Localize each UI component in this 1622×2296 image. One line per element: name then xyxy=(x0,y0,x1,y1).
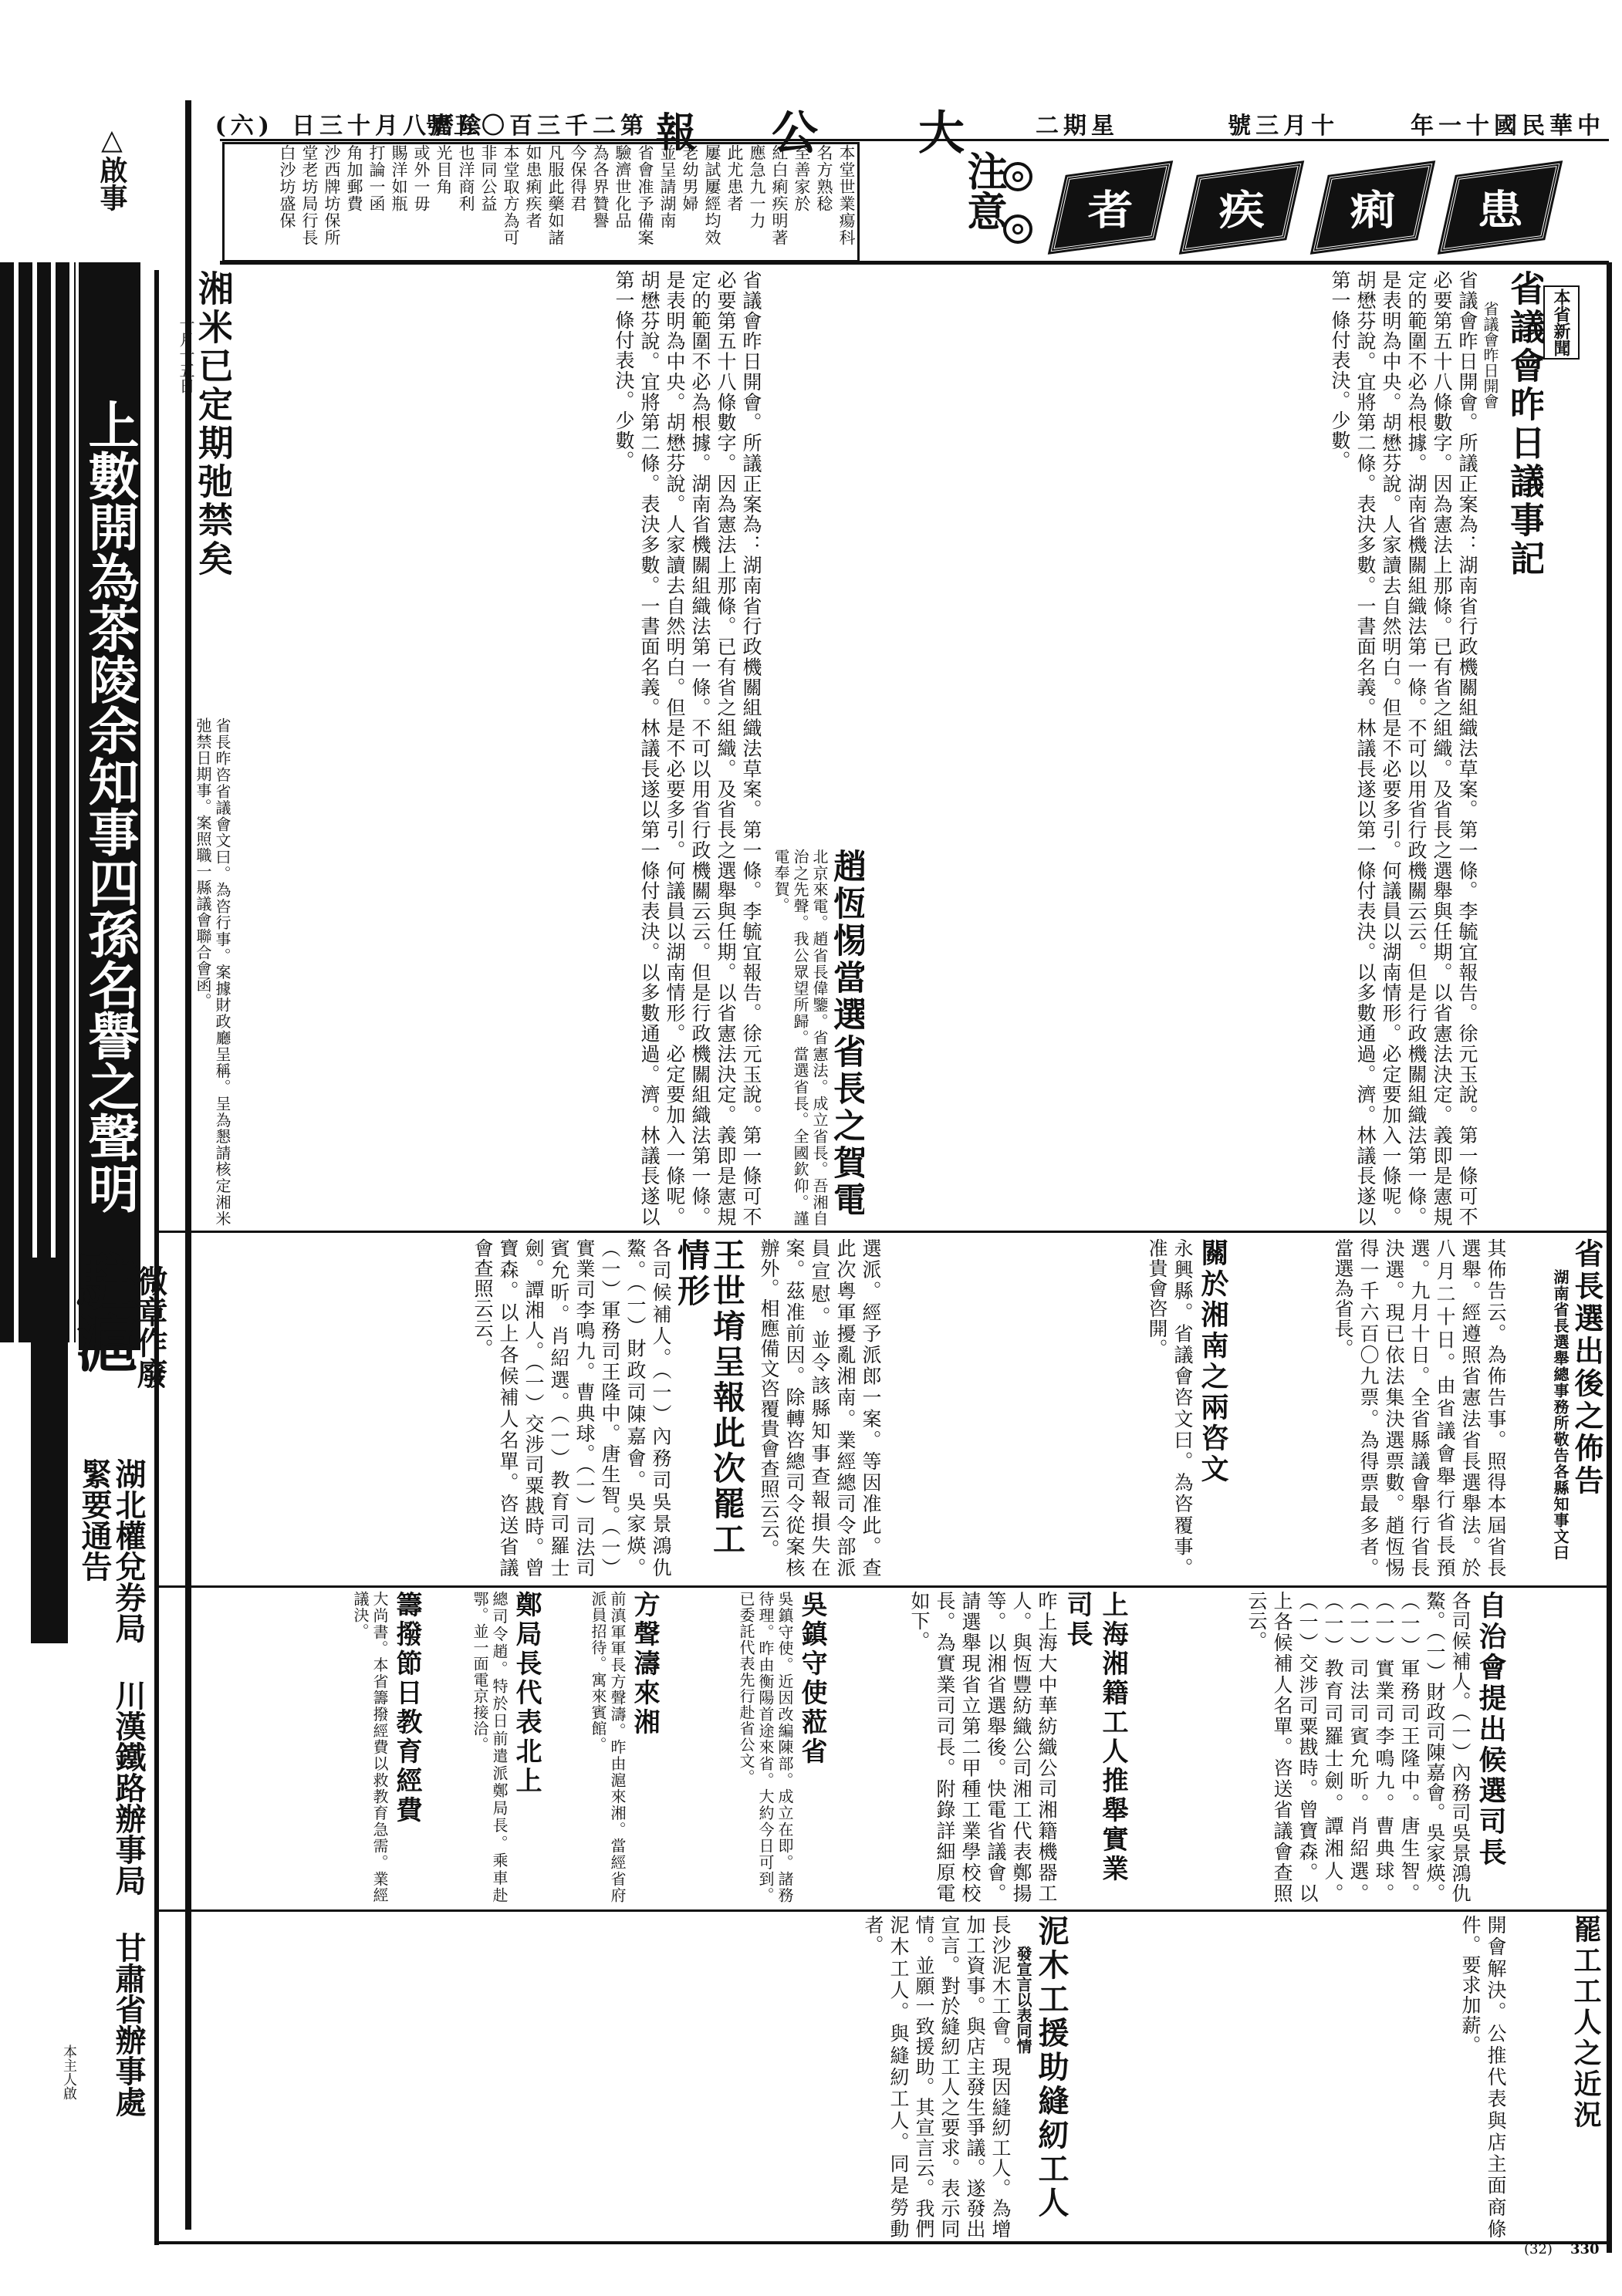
ad-tile-huan: 患 xyxy=(1441,164,1560,252)
headline: 關於湘南之兩咨文 xyxy=(1195,1238,1231,1485)
bullseye-icon xyxy=(1003,162,1032,191)
triangle-icon: △ xyxy=(96,123,128,156)
ad-column: 賜洋如瓶 xyxy=(387,144,410,257)
article-body: 開會解決。公推代表與店主面商條件。要求加薪。 xyxy=(1458,1915,1509,2239)
headline: 罷工工人之近況 xyxy=(1568,1915,1603,2131)
ad-tile-li: 痢 xyxy=(1313,164,1433,252)
ad-column: 本堂世業瘍科祖傳 xyxy=(835,144,857,257)
article-shanghai-workers: 上海湘籍工人推舉實業司長 昨上海大中華紡織公司湘籍機器工人。與恆豐紡織公司湘工代… xyxy=(833,1591,1130,1903)
article-body: 吳鎮守使。近因改編陳部。成立在即。諸務待理。昨由衡陽首途來省。大約今日可到。已委… xyxy=(736,1591,794,1903)
headline: 王世堉呈報此次罷工情形 xyxy=(674,1238,745,1578)
archive-number: 330 xyxy=(1570,2241,1600,2257)
ad-column: 並呈請湖南 xyxy=(656,144,678,257)
ad-column: 凡服此藥如諸 xyxy=(544,144,566,257)
ad-column: 角加郵費 xyxy=(343,144,365,257)
ad-rule xyxy=(220,261,1609,265)
article-fang-shengtao: 方聲濤來湘 前滇軍軍長方聲濤。昨由滬來湘。當經省府派員招待。寓來賓館。 xyxy=(548,1591,662,1903)
page-number: (六) xyxy=(220,106,274,137)
fold-line xyxy=(185,100,191,2230)
masthead-rule xyxy=(220,139,1609,141)
article-hunan-south: 關於湘南之兩咨文 永興縣。省議會咨文曰。為咨覆事。准貴會咨開。 xyxy=(887,1238,1231,1578)
tier-rule xyxy=(159,1231,1607,1233)
article-body: 其佈告云。為佈告事。照得本屆省長選舉。經遵照省憲法省長選舉法。於八月二十日。由省… xyxy=(1330,1238,1509,1578)
paper-name-da: 大 xyxy=(918,96,965,163)
article-self-govt-nominees: 自治會提出候選司長 各司候補人。（一）內務司吳景鴻仇鰲。（一）財政司陳嘉會。吳家… xyxy=(1134,1591,1509,1903)
article-body: 永興縣。省議會咨文曰。為咨覆事。准貴會咨開。 xyxy=(1144,1238,1195,1578)
article-body: 昨上海大中華紡織公司湘籍機器工人。與恆豐紡織公司湘工代表鄭揚等。以湘省選舉後。快… xyxy=(907,1591,1059,1903)
article-zheng-chief: 鄭局長代表北上 總司令趙。特於日前遣派鄭局長。乘車赴鄂。並一面電京接洽。 xyxy=(428,1591,544,1903)
masthead-date: 中華民國十一年 十月三號 xyxy=(1173,106,1605,137)
page-border-right xyxy=(1607,262,1612,2253)
ad-column: 此尤患者 xyxy=(723,144,745,257)
ad-column: 如患痢疾者 xyxy=(522,144,544,257)
lunar-date: 陰曆八月十三日 xyxy=(278,106,486,137)
ad-column: 打論一函 xyxy=(365,144,387,257)
tier-rule xyxy=(159,1585,1607,1588)
tier-rule xyxy=(159,1909,1607,1912)
headline: 吳鎮守使蒞省 xyxy=(794,1591,830,1767)
article-body: 北京來電。趙省長偉鑒。省憲法。成立省長。吾湘自治之先聲。我公眾望所歸。當選省長。… xyxy=(771,849,829,1227)
bottom-note: 本主人啟 xyxy=(59,2044,79,2100)
ad-column: 至善家於 xyxy=(790,144,813,257)
headline: 上海湘籍工人推舉實業司長 xyxy=(1059,1591,1130,1903)
article-body: 總司令趙。特於日前遣派鄭局長。乘車赴鄂。並一面電京接洽。 xyxy=(470,1591,509,1903)
weekday: 星期二 xyxy=(980,106,1119,137)
article-self-govt-oppose-body: 開會解決。公推代表與店主面商條件。要求加薪。 xyxy=(1073,1915,1509,2239)
ad-column: 省會准予備案 xyxy=(634,144,656,257)
headline: 籌撥節日教育經費 xyxy=(389,1591,424,1825)
headline: 鄭局長代表北上 xyxy=(509,1591,544,1796)
headline: 省議會昨日議事記 xyxy=(1508,270,1543,579)
article-governor-notice-body: 其佈告云。為佈告事。照得本屆省長選舉。經遵照省憲法省長選舉法。於八月二十日。由省… xyxy=(1235,1238,1509,1578)
ad-column: 驗濟世化品 xyxy=(611,144,634,257)
ad-column: 非同公益 xyxy=(477,144,499,257)
bottom-rule xyxy=(159,2241,1607,2244)
article-body: 省議會昨日開會。所議正案為：湖南省行政機關組織法草案。第一條。李毓宜報告。徐元玉… xyxy=(1327,270,1480,1227)
article-self-govt-oppose: 罷工工人之近況 xyxy=(1512,1915,1603,2239)
ad-column: 沙西牌坊保所 xyxy=(320,144,343,257)
ad-column: 紅白痢疾明著 xyxy=(768,144,790,257)
headline: 方聲濤來湘 xyxy=(627,1591,662,1737)
article-body: 大尚書。本省籌撥經費以救教育急需。業經議決。 xyxy=(350,1591,389,1903)
subhead: 湖南省長選舉總事務所敬告各縣知事文曰 xyxy=(1550,1269,1570,1561)
article-strike xyxy=(1512,1591,1603,1903)
date-republic: 中華民國十一年 xyxy=(1411,113,1605,140)
headline: 趙恆惕當選省長之賀電 xyxy=(829,849,864,1219)
article-wu-town-guard: 吳鎮守使蒞省 吳鎮守使。近因改編陳部。成立在即。諸務待理。昨由衡陽首途來省。大約… xyxy=(664,1591,830,1903)
left-edge-ads: △啟事 上數開為茶陵余知事四孫名譽之聲明 微章作廢 駐滬 湖北權兌券局 川漢鐵路… xyxy=(0,100,208,2276)
ad-column: 老幼男婦 xyxy=(678,144,701,257)
ad-column: 今保得君 xyxy=(566,144,589,257)
bullseye-icon xyxy=(1003,214,1032,244)
date-month-day: 十月三號 xyxy=(1228,113,1339,140)
article-governor-notice: 省長選出後之佈告 湖南省長選舉總事務所敬告各縣知事文曰 xyxy=(1512,1238,1603,1578)
subhead: 發宣言以表同情 xyxy=(1013,1946,1033,2054)
ad-column: 屢試屢經均效 xyxy=(701,144,723,257)
ad-column: 也洋商利 xyxy=(454,144,477,257)
ad-column: 名方熟稔 xyxy=(813,144,835,257)
article-body: 各司候補人。（一）內務司吳景鴻仇鰲。（一）財政司陳嘉會。吳家煐。（一）軍務司王隆… xyxy=(470,1238,674,1578)
article-clay-workers: 泥木工援助縫紉工人 發宣言以表同情 長沙泥木工會。現因縫紉工人。為增加工資事。與… xyxy=(162,1915,1069,2239)
article-body: 長沙泥木工會。現因縫紉工人。為增加工資事。與店主發生爭議。遂發出宣言。對於縫紉工… xyxy=(860,1915,1013,2239)
headline: 省長選出後之佈告 xyxy=(1570,1238,1603,1497)
banner-detail: 湖北權兌券局 川漢鐵路辦事局 甘肅省辦事處 緊要通告 xyxy=(77,1458,145,2152)
ad-column: 白沙坊盛保 xyxy=(275,144,298,257)
ad-column: 本堂取方為可 xyxy=(499,144,522,257)
statement-banner: 上數開為茶陵余知事四孫名譽之聲明 xyxy=(79,262,140,1350)
headline: 自治會提出候選司長 xyxy=(1473,1591,1509,1869)
article-body: 前滇軍軍長方聲濤。昨由滬來湘。當經省府派員招待。寓來賓館。 xyxy=(588,1591,627,1903)
article-body: 選派。經予派郎一案。等因准此。查此次粵軍擾亂湘南。業經總司令部派員宣慰。並令該縣… xyxy=(745,1238,884,1578)
article-wang-shijing: 選派。經予派郎一案。等因准此。查此次粵軍擾亂湘南。業經總司令部派員宣慰。並令該縣… xyxy=(162,1238,884,1578)
banner-zhuhu: 駐滬 xyxy=(69,1250,134,1373)
article-provincial-assembly: 省議會昨日議事記 省議會昨日開會 省議會昨日開會。所議正案為：湖南省行政機關組織… xyxy=(772,270,1543,1227)
ad-column: 為各界贊譽 xyxy=(589,144,611,257)
ad-column: 光目角 xyxy=(432,144,454,257)
ad-tile-zhe: 者 xyxy=(1051,164,1171,252)
ad-column: 應急九一力 xyxy=(745,144,768,257)
section-label-local-news: 本省新聞 xyxy=(1543,285,1580,360)
fine-print-columns xyxy=(0,262,76,1342)
subhead: 省議會昨日開會 xyxy=(1480,301,1500,409)
ad-column: 堂老坊局行長 xyxy=(298,144,320,257)
notice-heading: △啟事 xyxy=(93,123,132,211)
article-zhao-hengti: 趙恆惕當選省長之賀電 北京來電。趙省長偉鑒。省憲法。成立省長。吾湘自治之先聲。我… xyxy=(741,849,864,1227)
ad-column: 或外一毋 xyxy=(410,144,432,257)
banner-black-strip xyxy=(31,1258,68,1643)
page-marker: (32) xyxy=(1524,2241,1553,2257)
article-provincial-assembly-cont: 省議會昨日開會。所議正案為：湖南省行政機關組織法草案。第一條。李毓宜報告。徐元玉… xyxy=(231,270,764,1227)
notice-label: 注意 xyxy=(960,150,1006,231)
article-body: 各司候補人。（一）內務司吳景鴻仇鰲。（一）財政司陳嘉會。吳家煐。（一）軍務司王隆… xyxy=(1244,1591,1473,1903)
headline: 泥木工援助縫紉工人 xyxy=(1033,1915,1069,2220)
medicine-ad-text: 本堂世業瘍科祖傳 名方熟稔 至善家於 紅白痢疾明著 應急九一力 此尤患者 屢試屢… xyxy=(222,142,860,262)
ad-tile-ji: 疾 xyxy=(1182,164,1302,252)
